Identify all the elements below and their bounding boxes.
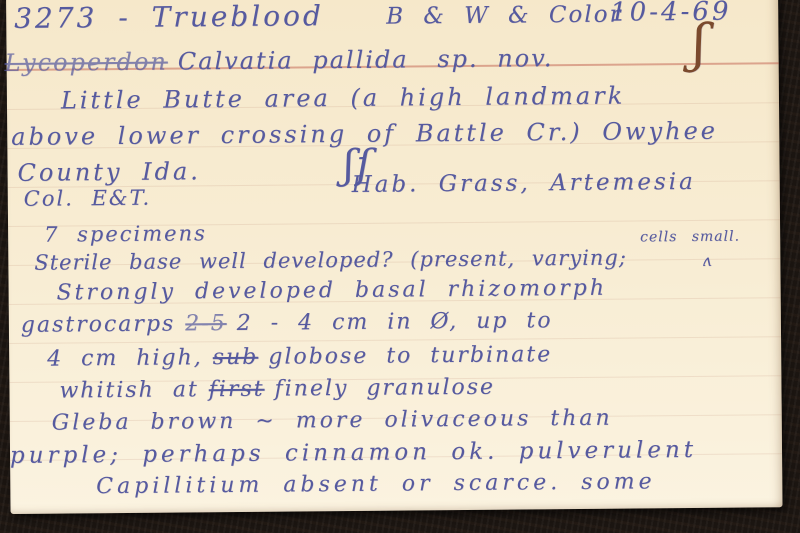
media-note-segment: B & W & Color — [386, 2, 623, 30]
description-line-2: Strongly developed basal rhizomorph — [56, 277, 607, 306]
description-line-5-segment: finely granulose — [274, 375, 495, 402]
species-line: LycoperdonCalvatia pallida sp. nov. — [4, 45, 553, 76]
description-line-5-segment: whitish at — [59, 377, 199, 403]
description-line-5-segment: first — [209, 377, 265, 402]
locality-line-1-segment: Little Butte area (a high landmark — [61, 82, 626, 115]
date: 10-4-69 — [610, 0, 732, 27]
species-line-segment: Calvatia pallida — [178, 45, 409, 75]
media-note: B & W & Color — [386, 3, 623, 30]
description-line-1: Sterile base well developed? (present, v… — [34, 247, 627, 275]
description-line-4-segment: sub — [213, 345, 259, 370]
description-line-6-segment: Gleba brown ~ more olivaceous than — [52, 406, 613, 436]
interline-note: cells small. — [640, 230, 740, 246]
description-line-1-segment: Sterile base well developed? (present, v… — [34, 246, 627, 275]
card-number-author-segment: 3273 - Trueblood — [14, 0, 324, 35]
description-line-6: Gleba brown ~ more olivaceous than — [52, 407, 613, 436]
locality-line-3: County Ida. — [17, 158, 201, 186]
description-line-4-segment: 4 cm high, — [47, 345, 203, 371]
specimen-count-segment: 7 specimens — [44, 221, 207, 246]
description-line-7: purple; perhaps cinnamon ok. pulverulent — [10, 438, 697, 469]
insertion-caret: ʌ — [702, 252, 711, 270]
collector-line-segment: Col. E&T. — [24, 186, 152, 211]
card-number-author: 3273 - Trueblood — [14, 1, 324, 34]
description-line-4-segment: globose to turbinate — [268, 342, 552, 369]
collector-line: Col. E&T. — [24, 187, 152, 211]
description-line-3: gastrocarps2-52 - 4 cm in Ø, up to — [21, 309, 553, 338]
habitat-line: Hab. Grass, Artemesia — [352, 170, 696, 198]
species-line-segment: sp. nov. — [419, 44, 554, 73]
description-line-3-segment: 2 - 4 cm in Ø, up to — [237, 308, 553, 336]
description-line-4: 4 cm high,subglobose to turbinate — [47, 343, 552, 372]
description-line-8: Capillitium absent or scarce. some — [96, 470, 656, 499]
insertion-caret-segment: ʌ — [702, 251, 711, 270]
habitat-line-segment: Hab. Grass, Artemesia — [352, 169, 696, 198]
description-line-3-segment: gastrocarps — [21, 311, 176, 337]
locality-line-1: Little Butte area (a high landmark — [61, 83, 626, 114]
description-line-3-segment: 2-5 — [185, 311, 227, 336]
brown-pen-mark: ʃ — [692, 16, 707, 73]
locality-line-3-segment: County Ida. — [17, 157, 201, 187]
specimen-count: 7 specimens — [44, 222, 207, 247]
interline-note-segment: cells small. — [640, 229, 740, 246]
description-line-8-segment: Capillitium absent or scarce. some — [96, 469, 656, 499]
date-segment: 10-4-69 — [610, 0, 732, 28]
handwriting-layer: 3273 - TruebloodB & W & Color10-4-69ʃLyc… — [0, 0, 800, 533]
species-line-segment: Lycoperdon — [4, 48, 168, 77]
description-line-5: whitish atfirstfinely granulose — [59, 376, 495, 404]
description-line-2-segment: Strongly developed basal rhizomorph — [56, 276, 607, 306]
brown-pen-mark-segment: ʃ — [692, 14, 707, 74]
description-line-7-segment: purple; perhaps cinnamon ok. pulverulent — [10, 437, 697, 469]
